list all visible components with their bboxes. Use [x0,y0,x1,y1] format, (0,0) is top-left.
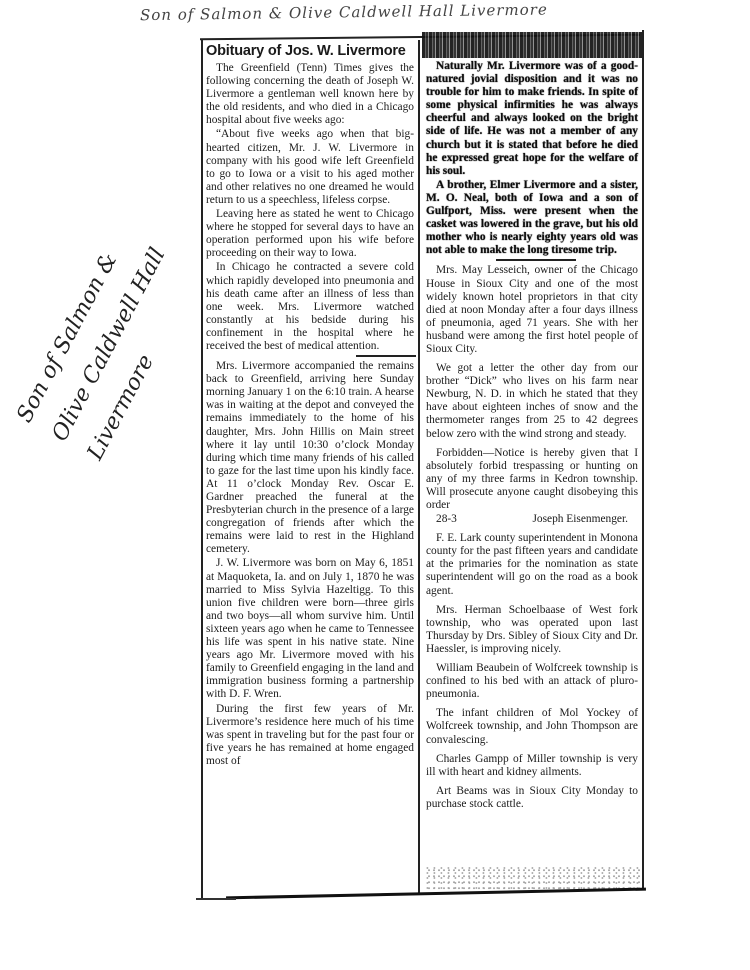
news-item: F. E. Lark county superintendent in Mono… [426,532,638,597]
paragraph: In Chicago he contracted a severe cold w… [206,261,414,353]
paragraph: “About five weeks ago when that big-hear… [206,128,414,207]
column-divider [418,40,420,895]
news-item: William Beaubein of Wolfcreek township i… [426,662,638,701]
news-item: The infant children of Mol Yockey of Wol… [426,707,638,746]
separator-rule [496,259,576,261]
handwritten-top-note: Son of Salmon & Olive Caldwell Hall Live… [140,0,740,24]
news-item: Mrs. Herman Schoelbaase of West fork tow… [426,604,638,656]
news-items-column: Naturally Mr. Livermore was of a good-na… [426,34,638,817]
paragraph: Naturally Mr. Livermore was of a good-na… [426,60,638,178]
news-item: Mrs. May Lesseich, owner of the Chicago … [426,264,638,356]
newspaper-clipping: Obituary of Jos. W. Livermore The Greenf… [196,30,648,905]
news-item: Art Beams was in Sioux City Monday to pu… [426,785,638,811]
left-border [201,40,203,900]
notice-signature: 28-3 Joseph Eisenmenger. [426,513,638,526]
paragraph: During the first few years of Mr. Liverm… [206,703,414,768]
news-item: Forbidden—Notice is hereby given that I … [426,447,638,512]
paragraph: A brother, Elmer Livermore and a sister,… [426,179,638,258]
paragraph: Mrs. Livermore accompanied the remains b… [206,360,414,556]
notice-signer: Joseph Eisenmenger. [532,513,628,526]
right-border [642,30,644,890]
paragraph: Leaving here as stated he went to Chicag… [206,208,414,260]
news-item: We got a letter the other day from our b… [426,362,638,441]
notice-code: 28-3 [436,513,457,526]
paragraph: The Greenfield (Tenn) Times gives the fo… [206,62,414,127]
obituary-column: Obituary of Jos. W. Livermore The Greenf… [206,42,414,769]
bottom-rule-fragment [196,898,236,900]
news-item: Charles Gampp of Miller township is very… [426,753,638,779]
separator-rule [356,355,416,357]
paragraph: J. W. Livermore was born on May 6, 1851 … [206,557,414,701]
article-headline: Obituary of Jos. W. Livermore [206,42,414,60]
